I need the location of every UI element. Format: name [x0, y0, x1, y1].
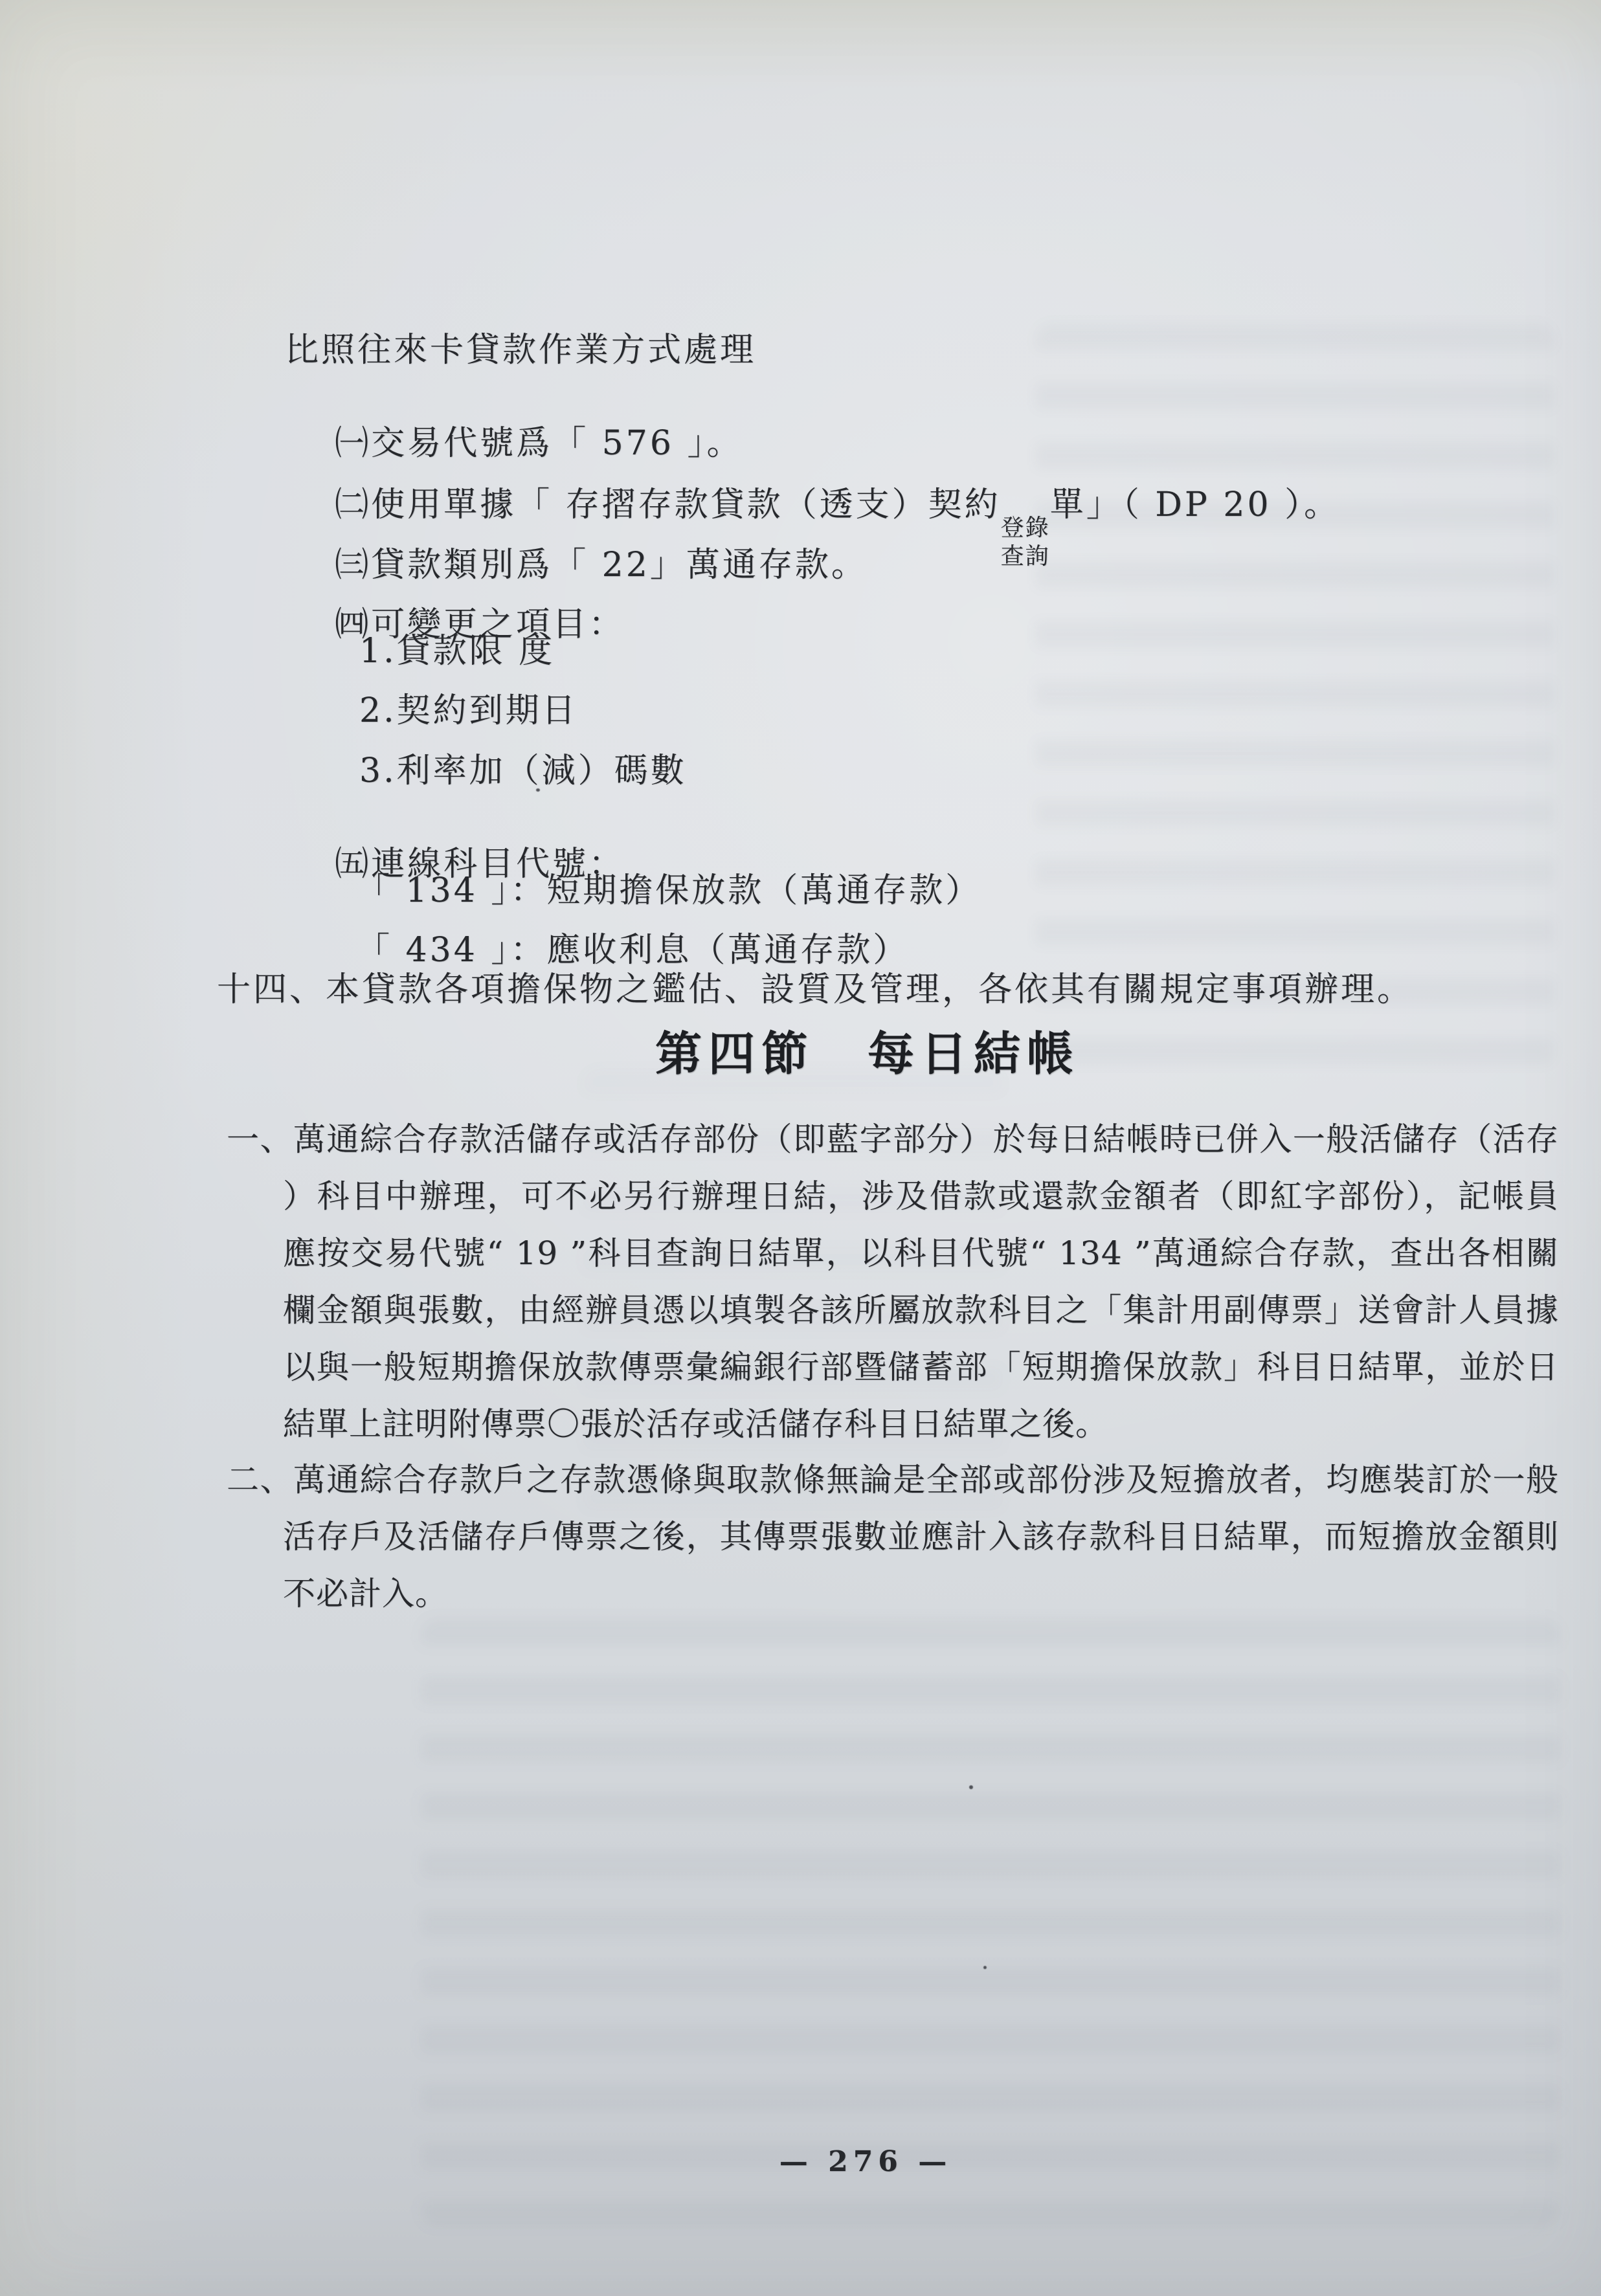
paragraph-line: 應按交易代號“ 19 ”科目查詢日結單，以科目代號“ 134 ”萬通綜合存款，查… — [283, 1234, 1559, 1273]
paragraph-line: ）科目中辦理，可不必另行辦理日結，涉及借款或還款金額者（即紅字部份），記帳員 — [283, 1177, 1559, 1216]
list-item-text: 單」（ DP 20 ）。 — [1050, 485, 1340, 524]
doc-intro-line: 比照往來卡貸款作業方式處理 — [285, 333, 756, 367]
page-number: — 276 — — [779, 2148, 952, 2176]
section-title: 第四節 每日結帳 — [655, 1031, 1080, 1077]
paragraph-label: 二、 — [227, 1461, 293, 1499]
paragraph-line: 欄金額與張數，由經辦員憑以填製各該所屬放款科目之「集計用副傳票」送會計人員據 — [283, 1291, 1559, 1330]
code-line-434: 「 434 」：應收利息（萬通存款） — [356, 933, 909, 967]
paragraph-line: 以與一般短期擔保放款傳票彙編銀行部暨儲蓄部「短期擔保放款」科目日結單，並於日 — [283, 1348, 1559, 1387]
paragraph-line: 結單上註明附傳票〇張於活存或活儲存科目日結單之後。 — [283, 1405, 1108, 1443]
code-line-134: 「 134 」：短期擔保放款（萬通存款） — [356, 874, 981, 908]
stacked-label-bottom: 查詢 — [1001, 542, 1050, 571]
scanned-page: 比照往來卡貸款作業方式處理 ㈠交易代號爲「 576 」。 ㈡使用單據「 存摺存款… — [0, 0, 1601, 2296]
bleed-through-smudge — [1036, 324, 1554, 1068]
paragraph-text: 萬通綜合存款戶之存款憑條與取款條無論是全部或部份涉及短擔放者，均應裝訂於一般 — [293, 1461, 1559, 1499]
sub-item-1: 1.貸款限 度 — [359, 634, 555, 668]
stacked-label-top: 登錄 — [1001, 514, 1050, 542]
paragraph-line: 活存戶及活儲存戶傳票之後，其傳票張數並應計入該存款科目日結單，而短擔放金額則 — [283, 1518, 1559, 1556]
paragraph-line: 二、萬通綜合存款戶之存款憑條與取款條無論是全部或部份涉及短擔放者，均應裝訂於一般 — [227, 1461, 1559, 1499]
bleed-through-smudge — [421, 1618, 1560, 2227]
stacked-label: 登錄查詢 — [1001, 514, 1050, 571]
paragraph-text: 萬通綜合存款活儲存或活存部份（即藍字部分）於每日結帳時已併入一般活儲存（活存 — [293, 1120, 1559, 1158]
paragraph-line: 一、萬通綜合存款活儲存或活存部份（即藍字部分）於每日結帳時已併入一般活儲存（活存 — [227, 1120, 1559, 1159]
scan-speck — [983, 1966, 987, 1969]
scan-speck — [969, 1785, 973, 1789]
paragraph-label: 一、 — [227, 1120, 293, 1158]
sub-item-3: 3.利率加（減）碼數 — [359, 754, 687, 788]
item-fourteen: 十四、本貸款各項擔保物之鑑估、設質及管理，各依其有關規定事項辦理。 — [217, 973, 1413, 1007]
sub-item-2: 2.契約到期日 — [359, 694, 578, 728]
paragraph-line: 不必計入。 — [283, 1575, 448, 1613]
